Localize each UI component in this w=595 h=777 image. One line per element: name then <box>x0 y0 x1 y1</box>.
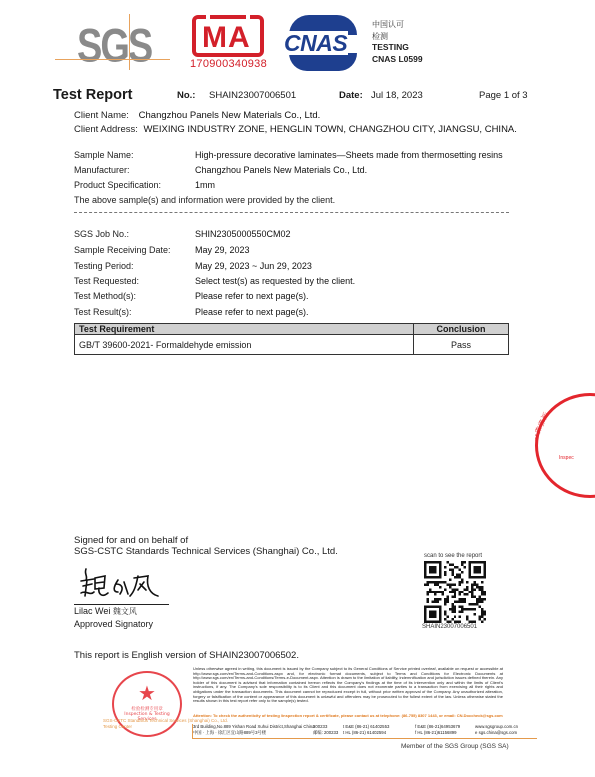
qr-report-id: SHAIN23007006501 <box>422 624 477 630</box>
cnas-info-line: 中国认可 <box>372 19 423 31</box>
page-indicator: Page 1 of 3 <box>479 90 528 101</box>
cnas-info-line: TESTING <box>372 42 423 54</box>
job-row: Test Method(s): Please refer to next pag… <box>74 291 534 304</box>
signer-name-cn: 魏文风 <box>113 607 137 616</box>
fax: f HL (86-21)61156899 <box>415 730 475 736</box>
job-row: Sample Receiving Date: May 29, 2023 <box>74 245 534 258</box>
cma-number: 170900340938 <box>190 58 267 70</box>
report-header-row: Test Report No.: SHAIN23007006501 Date: … <box>53 87 533 105</box>
cnas-logo-text: CNAS <box>283 31 348 55</box>
results-table-header: Test Requirement Conclusion <box>75 324 509 335</box>
client-address-label: Client Address: <box>74 124 138 135</box>
product-spec-label: Product Specification: <box>74 180 161 190</box>
report-date: Jul 18, 2023 <box>371 90 423 101</box>
client-address-row: Client Address: WEIXING INDUSTRY ZONE, H… <box>74 124 517 135</box>
handwritten-signature <box>78 566 168 602</box>
job-label: Sample Receiving Date: <box>74 245 171 255</box>
manufacturer-row: Manufacturer: Changzhou Panels New Mater… <box>74 165 534 178</box>
job-value: SHIN2305000550CM02 <box>195 229 291 239</box>
report-number: SHAIN23007006501 <box>209 90 296 101</box>
manufacturer: Changzhou Panels New Materials Co., Ltd. <box>195 165 367 175</box>
results-table: Test Requirement Conclusion GB/T 39600-2… <box>74 323 509 355</box>
client-address: WEIXING INDUSTRY ZONE, HENGLIN TOWN, CHA… <box>144 124 517 135</box>
job-row: Test Requested: Select test(s) as reques… <box>74 276 534 289</box>
report-title: Test Report <box>53 87 133 103</box>
job-label: Test Requested: <box>74 276 139 286</box>
sample-name: High-pressure decorative laminates—Sheet… <box>195 150 503 160</box>
address: 中国 · 上海 · 徐汇区宜山路889号3号楼 <box>193 730 313 736</box>
authenticity-notice: Attention: To check the authenticity of … <box>193 714 503 719</box>
qr-caption: scan to see the report <box>424 553 482 559</box>
contact-row: 中国 · 上海 · 徐汇区宜山路889号3号楼 邮编: 200233 t HL … <box>193 730 533 736</box>
sample-note: The above sample(s) and information were… <box>74 195 534 208</box>
job-value: May 29, 2023 <box>195 245 250 255</box>
column-header-conclusion: Conclusion <box>414 324 509 335</box>
column-header-requirement: Test Requirement <box>75 324 414 335</box>
email-link[interactable]: e sgs.china@sgs.com <box>475 730 517 736</box>
report-number-label: No.: <box>177 90 195 101</box>
qr-code-icon[interactable] <box>424 561 486 623</box>
cnas-accreditation-info: 中国认可 检测 TESTING CNAS L0599 <box>372 19 423 65</box>
english-version-note: This report is English version of SHAIN2… <box>74 650 299 661</box>
contact-info: 3rd Building,No.889 Yishan Road Xuhui Di… <box>193 724 533 736</box>
table-row: GB/T 39600-2021- Formaldehyde emission P… <box>75 335 509 355</box>
job-row: SGS Job No.: SHIN2305000550CM02 <box>74 229 534 242</box>
signed-line-1: Signed for and on behalf of <box>74 535 338 546</box>
member-of-sgs: Member of the SGS Group (SGS SA) <box>401 743 509 750</box>
report-date-label: Date: <box>339 90 363 101</box>
sample-name-label: Sample Name: <box>74 150 134 160</box>
sgs-logo-text: SGS <box>77 20 151 74</box>
job-label: SGS Job No.: <box>74 229 129 239</box>
client-name-label: Client Name: <box>74 110 136 121</box>
star-icon: ★ <box>138 684 156 704</box>
job-value: Please refer to next page(s). <box>195 307 309 317</box>
signer-name: Lilac Wei 魏文风 <box>74 606 137 617</box>
job-label: Test Result(s): <box>74 307 132 317</box>
terms-and-conditions: Unless otherwise agreed in writing, this… <box>193 667 503 704</box>
job-value: May 29, 2023 ~ Jun 29, 2023 <box>195 261 312 271</box>
company-seal-stamp: 通标标准技术服务 Inspec <box>535 393 595 498</box>
sample-note-text: The above sample(s) and information were… <box>74 195 335 205</box>
signed-on-behalf: Signed for and on behalf of SGS-CSTC Sta… <box>74 535 338 557</box>
client-name: Changzhou Panels New Materials Co., Ltd. <box>139 110 321 121</box>
sgs-logo-rule <box>55 59 170 60</box>
job-value: Select test(s) as requested by the clien… <box>195 276 355 286</box>
signer-name-en: Lilac Wei <box>74 606 110 616</box>
job-label: Testing Period: <box>74 261 134 271</box>
cnas-info-line: CNAS L0599 <box>372 54 423 66</box>
job-label: Test Method(s): <box>74 291 136 301</box>
job-row: Testing Period: May 29, 2023 ~ Jun 29, 2… <box>74 261 534 274</box>
stamp-ring <box>535 393 595 498</box>
client-name-row: Client Name: Changzhou Panels New Materi… <box>74 110 320 121</box>
test-requirement-cell: GB/T 39600-2021- Formaldehyde emission <box>75 335 414 355</box>
sgs-logo: SGS <box>55 14 155 70</box>
cnas-logo: CNAS <box>283 15 363 71</box>
postcode: 邮编: 200233 <box>313 730 343 736</box>
cma-logo-text: MA <box>202 21 251 55</box>
job-row: Test Result(s): Please refer to next pag… <box>74 307 534 320</box>
section-divider <box>74 212 509 213</box>
manufacturer-label: Manufacturer: <box>74 165 130 175</box>
cma-logo: MA 170900340938 <box>190 15 270 70</box>
signature-line <box>74 604 169 605</box>
footer-rule <box>192 738 537 739</box>
signed-line-2: SGS-CSTC Standards Technical Services (S… <box>74 546 338 557</box>
telephone: t HL (86-21) 61402594 <box>343 730 415 736</box>
job-value: Please refer to next page(s). <box>195 291 309 301</box>
signer-title: Approved Signatory <box>74 619 153 629</box>
conclusion-cell: Pass <box>414 335 509 355</box>
product-spec: 1mm <box>195 180 215 190</box>
cnas-info-line: 检测 <box>372 31 423 43</box>
stamp-inner-text: Inspec <box>559 455 574 461</box>
product-spec-row: Product Specification: 1mm <box>74 180 534 193</box>
sgs-logo-rule-vertical <box>129 14 130 70</box>
sample-name-row: Sample Name: High-pressure decorative la… <box>74 150 534 163</box>
